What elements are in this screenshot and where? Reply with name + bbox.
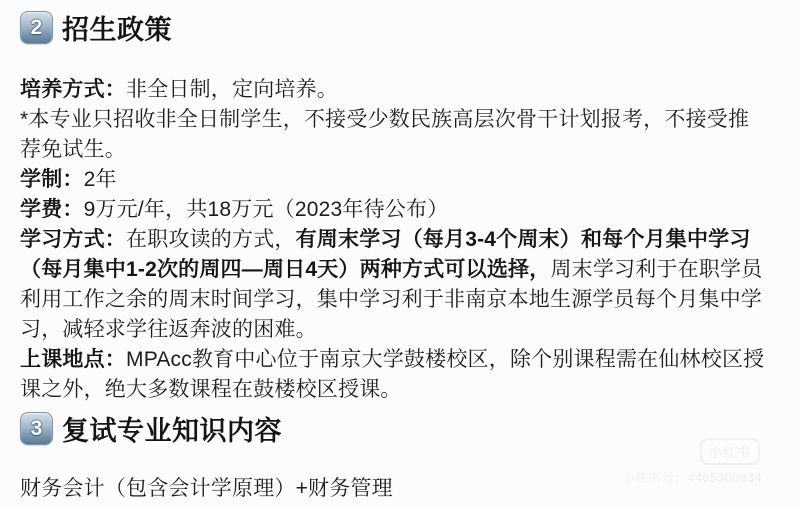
- text-segment: MPAcc教育中心位于南京大学鼓楼校区，除个别课程需在仙林校区授课之外，绝大多数…: [20, 348, 764, 401]
- section-heading: 3 复试专业知识内容: [20, 409, 766, 448]
- bold-text-segment: 上课地点：: [20, 348, 126, 371]
- text-segment: *本专业只招收非全日制学生，不接受少数民族高层次骨干计划报考，不接受推荐免试生。: [20, 108, 749, 161]
- bold-text-segment: 培养方式：: [20, 78, 126, 101]
- text-segment: 2年: [84, 168, 117, 191]
- section-retest-knowledge: 3 复试专业知识内容 财务会计（包含会计学原理）+财务管理: [20, 409, 766, 504]
- document-page: 2 招生政策 培养方式：非全日制，定向培养。*本专业只招收非全日制学生，不接受少…: [0, 0, 800, 508]
- bold-text-segment: 学制：: [20, 168, 84, 191]
- section-title: 复试专业知识内容: [62, 409, 282, 448]
- paragraph: 学习方式：在职攻读的方式，有周末学习（每月3-4个周末）和每个月集中学习（每月集…: [20, 225, 768, 345]
- paragraph: 上课地点：MPAcc教育中心位于南京大学鼓楼校区，除个别课程需在仙林校区授课之外…: [20, 345, 768, 405]
- bold-text-segment: 学习方式：: [20, 228, 126, 251]
- section-body: 培养方式：非全日制，定向培养。*本专业只招收非全日制学生，不接受少数民族高层次骨…: [20, 75, 768, 405]
- paragraph: 学制：2年: [20, 165, 768, 195]
- paragraph: 学费：9万元/年，共18万元（2023年待公布）: [20, 195, 768, 225]
- text-segment: 9万元/年，共18万元（2023年待公布）: [84, 198, 449, 221]
- section-title: 招生政策: [62, 8, 172, 47]
- text-segment: 非全日制，定向培养。: [126, 78, 338, 101]
- paragraph: *本专业只招收非全日制学生，不接受少数民族高层次骨干计划报考，不接受推荐免试生。: [20, 105, 768, 165]
- paragraph: 培养方式：非全日制，定向培养。: [20, 75, 768, 105]
- text-segment: 财务会计（包含会计学原理）+财务管理: [20, 477, 393, 500]
- keycap-2-icon: 2: [20, 11, 53, 44]
- section-admission-policy: 2 招生政策 培养方式：非全日制，定向培养。*本专业只招收非全日制学生，不接受少…: [20, 8, 766, 405]
- keycap-3-icon: 3: [20, 412, 53, 445]
- text-segment: 在职攻读的方式，: [126, 228, 296, 251]
- section-heading: 2 招生政策: [20, 8, 766, 47]
- bold-text-segment: 学费：: [20, 198, 84, 221]
- paragraph: 财务会计（包含会计学原理）+财务管理: [20, 474, 768, 504]
- section-body: 财务会计（包含会计学原理）+财务管理: [20, 474, 768, 504]
